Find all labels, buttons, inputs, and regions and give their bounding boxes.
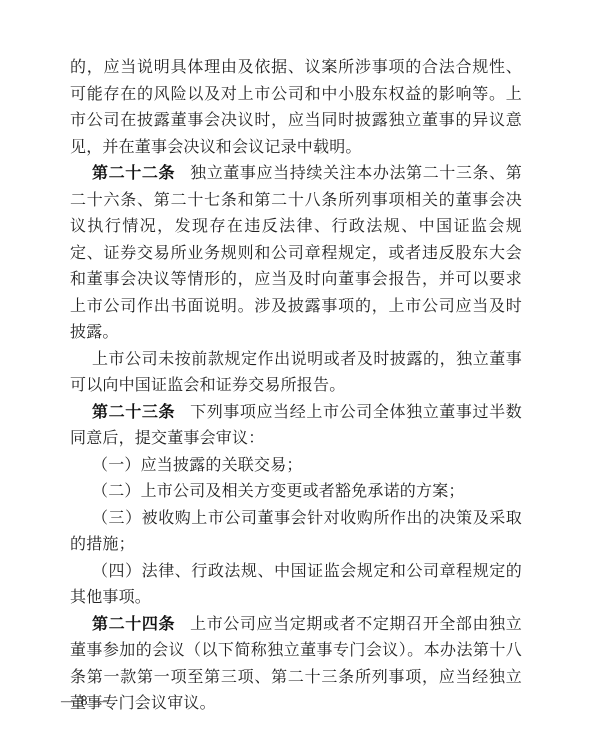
page-number: — 8 — (61, 694, 108, 710)
article-number-lead: 第二十三条 (92, 404, 190, 421)
paragraph: （一）应当披露的关联交易； (70, 453, 522, 480)
article-number-lead: 第二十二条 (92, 165, 190, 182)
document-body: 的，应当说明具体理由及依据、议案所涉事项的合法合规性、可能存在的风险以及对上市公… (70, 55, 522, 718)
paragraph: 上市公司未按前款规定作出说明或者及时披露的，独立董事可以向中国证监会和证券交易所… (70, 347, 522, 400)
document-page: 的，应当说明具体理由及依据、议案所涉事项的合法合规性、可能存在的风险以及对上市公… (0, 0, 592, 755)
paragraph: （四）法律、行政法规、中国证监会规定和公司章程规定的其他事项。 (70, 559, 522, 612)
article-number-lead: 第二十四条 (92, 616, 190, 633)
paragraph: 第二十二条独立董事应当持续关注本办法第二十三条、第二十六条、第二十七条和第二十八… (70, 161, 522, 347)
paragraph: 第二十三条下列事项应当经上市公司全体独立董事过半数同意后，提交董事会审议： (70, 400, 522, 453)
paragraph: 的，应当说明具体理由及依据、议案所涉事项的合法合规性、可能存在的风险以及对上市公… (70, 55, 522, 161)
paragraph: （二）上市公司及相关方变更或者豁免承诺的方案； (70, 479, 522, 506)
paragraph: 第二十四条上市公司应当定期或者不定期召开全部由独立董事参加的会议（以下简称独立董… (70, 612, 522, 718)
paragraph: （三）被收购上市公司董事会针对收购所作出的决策及采取的措施； (70, 506, 522, 559)
